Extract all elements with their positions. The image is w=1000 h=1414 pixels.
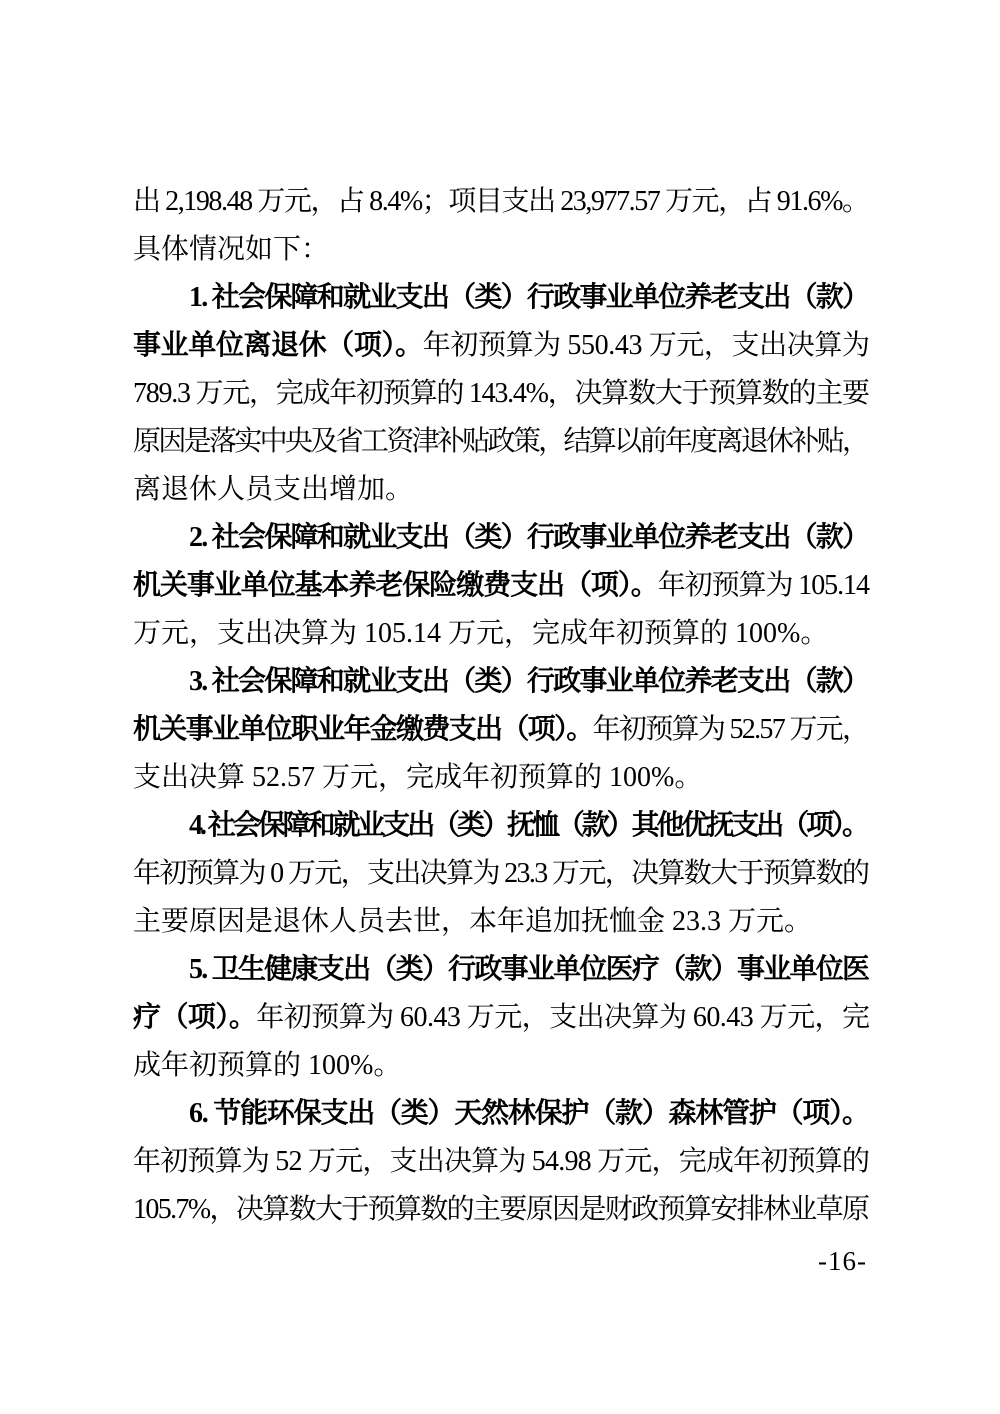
body-text: 主要原因是退休人员去世，本年追加抚恤金 23.3 万元。	[133, 906, 812, 937]
text-line-content: 疗（项）。年初预算为 60.43 万元，支出决算为 60.43 万元，完	[133, 994, 869, 1042]
text-line: 3. 社会保障和就业支出（类）行政事业单位养老支出（款）	[133, 658, 870, 706]
text-line: 原因是落实中央及省工资津补贴政策，结算以前年度离退休补贴，	[133, 418, 870, 466]
body-text: 789.3 万元，完成年初预算的 143.4%，决算数大于预算数的主要	[133, 378, 869, 409]
text-line-content: 4. 社会保障和就业支出（类）抚恤（款）其他优抚支出（项）。	[189, 802, 867, 850]
text-line-content: 成年初预算的 100%。	[133, 1042, 401, 1090]
budget-item-heading: 2. 社会保障和就业支出（类）行政事业单位养老支出（款）	[189, 522, 868, 553]
text-line: 万元，支出决算为 105.14 万元，完成年初预算的 100%。	[133, 610, 870, 658]
budget-item-heading: 4. 社会保障和就业支出（类）抚恤（款）其他优抚支出（项）。	[189, 810, 867, 841]
body-text: 年初预算为 550.43 万元，支出决算为	[423, 330, 870, 361]
body-text: 年初预算为 52 万元，支出决算为 54.98 万元，完成年初预算的	[133, 1146, 869, 1177]
text-line: 6. 节能环保支出（类）天然林保护（款）森林管护（项）。	[133, 1090, 870, 1138]
body-text: 年初预算为 0 万元，支出决算为 23.3 万元，决算数大于预算数的	[133, 858, 868, 889]
budget-item-heading: 事业单位离退休（项）。	[133, 330, 423, 361]
budget-item-heading: 机关事业单位职业年金缴费支出（项）。	[133, 714, 593, 745]
document-body: 出 2,198.48 万元，占 8.4%；项目支出 23,977.57 万元，占…	[133, 178, 870, 1234]
body-text: 年初预算为 60.43 万元，支出决算为 60.43 万元，完	[256, 1002, 869, 1033]
text-line-content: 具体情况如下：	[133, 226, 329, 274]
body-text: 离退休人员支出增加。	[133, 474, 413, 505]
text-line: 5. 卫生健康支出（类）行政事业单位医疗（款）事业单位医	[133, 946, 870, 994]
document-page: 出 2,198.48 万元，占 8.4%；项目支出 23,977.57 万元，占…	[0, 0, 1000, 1414]
text-line: 105.7%，决算数大于预算数的主要原因是财政预算安排林业草原	[133, 1186, 870, 1234]
budget-item-heading: 6. 节能环保支出（类）天然林保护（款）森林管护（项）。	[189, 1098, 869, 1129]
text-line-content: 主要原因是退休人员去世，本年追加抚恤金 23.3 万元。	[133, 898, 812, 946]
body-text: 年初预算为 105.14	[658, 570, 869, 601]
text-line: 成年初预算的 100%。	[133, 1042, 870, 1090]
body-text: 支出决算 52.57 万元，完成年初预算的 100%。	[133, 762, 702, 793]
body-text: 成年初预算的 100%。	[133, 1050, 401, 1081]
text-line-content: 3. 社会保障和就业支出（类）行政事业单位养老支出（款）	[189, 658, 868, 706]
text-line: 出 2,198.48 万元，占 8.4%；项目支出 23,977.57 万元，占…	[133, 178, 870, 226]
text-line: 机关事业单位基本养老保险缴费支出（项）。年初预算为 105.14	[133, 562, 870, 610]
text-line-content: 离退休人员支出增加。	[133, 466, 413, 514]
text-line-content: 2. 社会保障和就业支出（类）行政事业单位养老支出（款）	[189, 514, 868, 562]
body-text: 105.7%，决算数大于预算数的主要原因是财政预算安排林业草原	[133, 1194, 868, 1225]
text-line: 具体情况如下：	[133, 226, 870, 274]
text-line: 主要原因是退休人员去世，本年追加抚恤金 23.3 万元。	[133, 898, 870, 946]
text-line: 789.3 万元，完成年初预算的 143.4%，决算数大于预算数的主要	[133, 370, 870, 418]
text-line: 机关事业单位职业年金缴费支出（项）。年初预算为 52.57 万元，	[133, 706, 870, 754]
budget-item-heading: 疗（项）。	[133, 1002, 256, 1033]
text-line-content: 原因是落实中央及省工资津补贴政策，结算以前年度离退休补贴，	[133, 418, 867, 466]
text-line-content: 6. 节能环保支出（类）天然林保护（款）森林管护（项）。	[189, 1090, 869, 1138]
text-line-content: 机关事业单位基本养老保险缴费支出（项）。年初预算为 105.14	[133, 562, 869, 610]
text-line-content: 年初预算为 0 万元，支出决算为 23.3 万元，决算数大于预算数的	[133, 850, 868, 898]
body-text: 具体情况如下：	[133, 234, 329, 265]
text-line: 年初预算为 0 万元，支出决算为 23.3 万元，决算数大于预算数的	[133, 850, 870, 898]
body-text: 年初预算为 52.57 万元，	[593, 714, 869, 745]
text-line: 1. 社会保障和就业支出（类）行政事业单位养老支出（款）	[133, 274, 870, 322]
text-line-content: 万元，支出决算为 105.14 万元，完成年初预算的 100%。	[133, 610, 828, 658]
text-line: 疗（项）。年初预算为 60.43 万元，支出决算为 60.43 万元，完	[133, 994, 870, 1042]
budget-item-heading: 机关事业单位基本养老保险缴费支出（项）。	[133, 570, 658, 601]
budget-item-heading: 3. 社会保障和就业支出（类）行政事业单位养老支出（款）	[189, 666, 868, 697]
body-text: 万元，支出决算为 105.14 万元，完成年初预算的 100%。	[133, 618, 828, 649]
text-line: 离退休人员支出增加。	[133, 466, 870, 514]
text-line-content: 年初预算为 52 万元，支出决算为 54.98 万元，完成年初预算的	[133, 1138, 869, 1186]
budget-item-heading: 5. 卫生健康支出（类）行政事业单位医疗（款）事业单位医	[189, 954, 868, 985]
text-line-content: 105.7%，决算数大于预算数的主要原因是财政预算安排林业草原	[133, 1186, 868, 1234]
text-line: 2. 社会保障和就业支出（类）行政事业单位养老支出（款）	[133, 514, 870, 562]
text-line-content: 事业单位离退休（项）。年初预算为 550.43 万元，支出决算为	[133, 322, 870, 370]
text-line-content: 5. 卫生健康支出（类）行政事业单位医疗（款）事业单位医	[189, 946, 868, 994]
text-line-content: 789.3 万元，完成年初预算的 143.4%，决算数大于预算数的主要	[133, 370, 869, 418]
text-line-content: 机关事业单位职业年金缴费支出（项）。年初预算为 52.57 万元，	[133, 706, 868, 754]
text-line-content: 1. 社会保障和就业支出（类）行政事业单位养老支出（款）	[189, 274, 868, 322]
page-number: -16-	[818, 1245, 867, 1277]
text-line: 4. 社会保障和就业支出（类）抚恤（款）其他优抚支出（项）。	[133, 802, 870, 850]
budget-item-heading: 1. 社会保障和就业支出（类）行政事业单位养老支出（款）	[189, 282, 868, 313]
text-line: 事业单位离退休（项）。年初预算为 550.43 万元，支出决算为	[133, 322, 870, 370]
text-line-content: 支出决算 52.57 万元，完成年初预算的 100%。	[133, 754, 702, 802]
text-line: 年初预算为 52 万元，支出决算为 54.98 万元，完成年初预算的	[133, 1138, 870, 1186]
body-text: 原因是落实中央及省工资津补贴政策，结算以前年度离退休补贴，	[133, 426, 867, 457]
body-text: 出 2,198.48 万元，占 8.4%；项目支出 23,977.57 万元，占…	[133, 186, 869, 217]
text-line: 支出决算 52.57 万元，完成年初预算的 100%。	[133, 754, 870, 802]
text-line-content: 出 2,198.48 万元，占 8.4%；项目支出 23,977.57 万元，占…	[133, 178, 869, 226]
